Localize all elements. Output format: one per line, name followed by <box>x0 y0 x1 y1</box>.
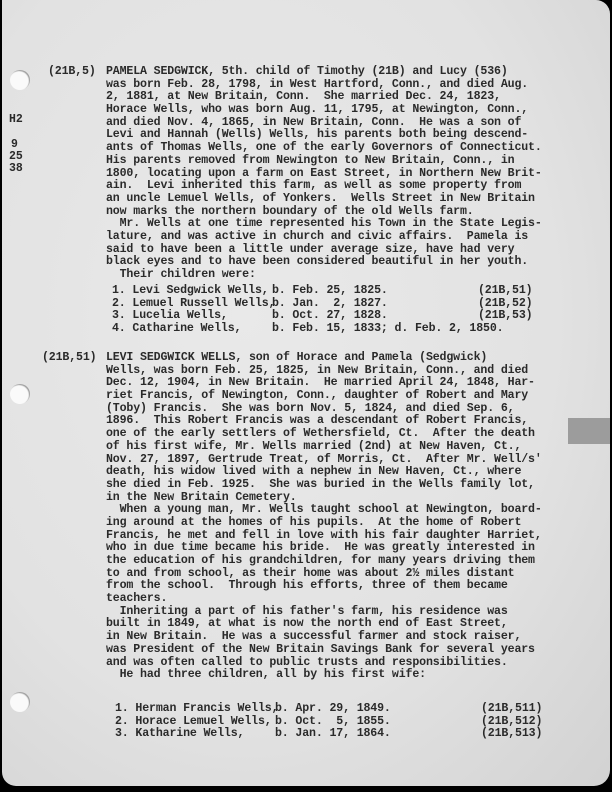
text-line: His parents removed from Newington to Ne… <box>106 155 542 168</box>
margin-note: H2 <box>9 113 23 126</box>
child-row: 4. Catharine Wells,b. Feb. 15, 1833; d. … <box>112 323 542 336</box>
child-name: 4. Catharine Wells, <box>112 323 241 336</box>
text-line: Their children were: <box>106 269 542 282</box>
text-line: ing around at the homes of his pupils. A… <box>106 517 542 530</box>
child-ref: (21B,513) <box>481 728 542 741</box>
child-dates: b. Apr. 29, 1849. <box>275 703 391 716</box>
entry-body: PAMELA SEDGWICK, 5th. child of Timothy (… <box>106 66 542 282</box>
scanned-page: H2 9 25 38 (21B,5) PAMELA SEDGWICK, 5th.… <box>2 0 610 786</box>
text-line: an uncle Lemuel Wells, of Yonkers. Wells… <box>106 193 542 206</box>
child-ref: (21B,511) <box>481 703 542 716</box>
text-line: in New Britain. He was a successful farm… <box>106 631 542 644</box>
child-row: 1. Levi Sedgwick Wells,b. Feb. 25, 1825.… <box>112 285 542 298</box>
child-dates: b. Feb. 15, 1833; d. Feb. 2, 1850. <box>272 323 503 336</box>
punch-hole <box>10 70 30 90</box>
text-line: PAMELA SEDGWICK, 5th. child of Timothy (… <box>106 66 542 79</box>
child-name: 3. Katharine Wells, <box>115 728 244 741</box>
child-name: 1. Herman Francis Wells, <box>115 703 278 716</box>
text-line: was President of the New Britain Savings… <box>106 644 542 657</box>
margin-note: 38 <box>9 162 23 175</box>
text-line: riet Francis, of Newington, Conn., daugh… <box>106 390 542 403</box>
child-row: 1. Herman Francis Wells,b. Apr. 29, 1849… <box>115 703 545 716</box>
text-line: He had three children, all by his first … <box>106 669 542 682</box>
text-line: Horace Wells, who was born Aug. 11, 1795… <box>106 104 542 117</box>
text-line: teachers. <box>106 593 542 606</box>
children-list: 1. Herman Francis Wells,b. Apr. 29, 1849… <box>115 703 545 741</box>
text-line: ants of Thomas Wells, one of the early G… <box>106 142 542 155</box>
text-line: death, his widow lived with a nephew in … <box>106 466 542 479</box>
child-dates: b. Jan. 17, 1864. <box>275 728 391 741</box>
text-line: the education of his grandchildren, for … <box>106 555 542 568</box>
text-line: she died in Feb. 1925. She was buried in… <box>106 479 542 492</box>
entry-ref: (21B,51) <box>42 352 96 365</box>
text-line: one of the early settlers of Wethersfiel… <box>106 428 542 441</box>
child-dates: b. Feb. 25, 1825. <box>272 285 388 298</box>
child-name: 1. Levi Sedgwick Wells, <box>112 285 269 298</box>
text-line: from the school. Through his efforts, th… <box>106 580 542 593</box>
punch-hole <box>10 384 30 404</box>
entry-ref: (21B,5) <box>48 66 96 79</box>
text-line: ain. Levi inherited this farm, as well a… <box>106 180 542 193</box>
text-line: lature, and was active in church and civ… <box>106 231 542 244</box>
punch-hole <box>10 692 30 712</box>
child-ref: (21B,51) <box>478 285 532 298</box>
text-line: LEVI SEDGWICK WELLS, son of Horace and P… <box>106 352 542 365</box>
entry-body: LEVI SEDGWICK WELLS, son of Horace and P… <box>106 352 542 682</box>
child-row: 3. Katharine Wells,b. Jan. 17, 1864.(21B… <box>115 728 545 741</box>
text-line: of his first wife, Mr. Wells married (2n… <box>106 441 542 454</box>
page-tab <box>568 418 610 444</box>
children-list: 1. Levi Sedgwick Wells,b. Feb. 25, 1825.… <box>112 285 542 336</box>
